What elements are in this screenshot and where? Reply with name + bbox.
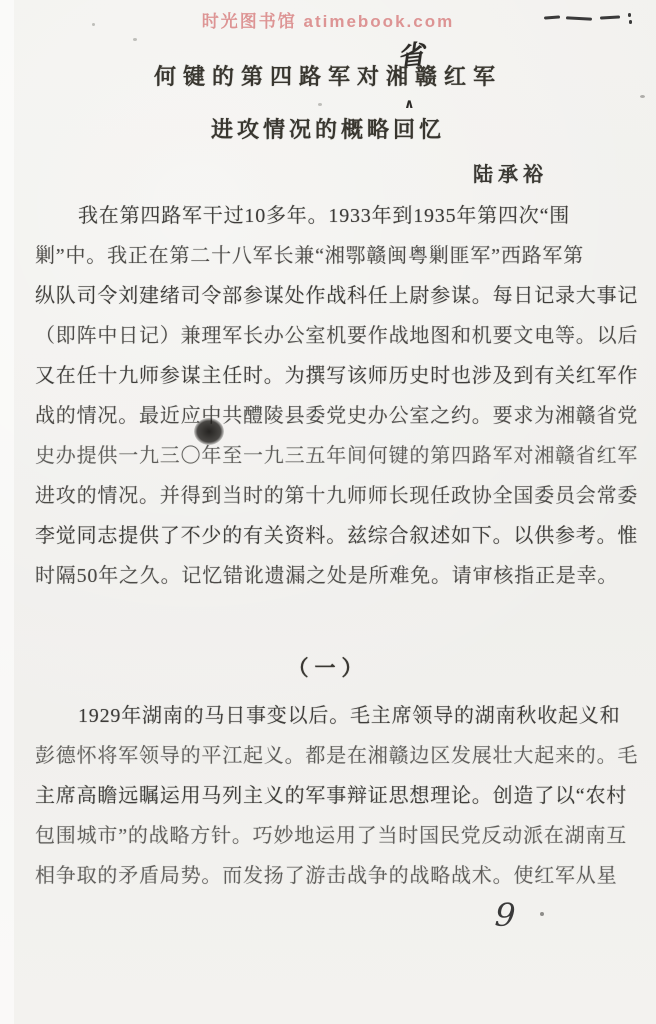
section-header-one: （一） <box>0 652 656 682</box>
scan-speck <box>640 95 645 98</box>
body-line: 又在任十九师参谋主任时。为撰写该师历史时也涉及到有关红军作 <box>35 356 628 396</box>
body-line: 彭德怀将军领导的平江起义。都是在湘赣边区发展壮大起来的。毛 <box>35 736 628 776</box>
body-line: 时隔50年之久。记忆错讹遗漏之处是所难免。请审核指正是幸。 <box>35 556 628 596</box>
body-line: 剿”中。我正在第二十八军长兼“湘鄂赣闽粤剿匪军”西路军第 <box>35 236 628 276</box>
paragraph-2: 1929年湖南的马日事变以后。毛主席领导的湖南秋收起义和 彭德怀将军领导的平江起… <box>35 696 628 896</box>
body-line: 纵队司令刘建绪司令部参谋处作战科任上尉参谋。每日记录大事记 <box>35 276 628 316</box>
body-line: 李觉同志提供了不少的有关资料。兹综合叙述如下。以供参考。惟 <box>35 516 628 556</box>
body-line: 我在第四路军干过10多年。1933年到1935年第四次“围 <box>35 196 628 236</box>
insert-caret-mark: ∧ <box>404 96 415 112</box>
body-line: （即阵中日记）兼理军长办公室机要作战地图和机要文电等。以后 <box>35 316 628 356</box>
scanned-document-page: 时光图书馆 atimebook.com 省 ∧ 何键的第四路军对湘赣红军 进攻情… <box>0 0 656 1024</box>
pen-dash-marks <box>544 12 644 26</box>
body-line: 1929年湖南的马日事变以后。毛主席领导的湖南秋收起义和 <box>35 696 628 736</box>
body-line: 史办提供一九三〇年至一九三五年间何键的第四路军对湘赣省红军 <box>35 436 628 476</box>
ink-blot-mark <box>194 418 224 445</box>
body-line: 相争取的矛盾局势。而发扬了游击战争的战略战术。使红军从星 <box>35 856 628 896</box>
paragraph-1: 我在第四路军干过10多年。1933年到1935年第四次“围 剿”中。我正在第二十… <box>35 196 628 596</box>
document-title-line2: 进攻情况的概略回忆 <box>0 113 656 144</box>
body-line: 包围城市”的战略方针。巧妙地运用了当时国民党反动派在湖南互 <box>35 816 628 856</box>
scan-speck <box>318 103 322 106</box>
scan-speck <box>540 912 544 916</box>
document-title-line1: 何键的第四路军对湘赣红军 <box>0 60 656 91</box>
body-line: 进攻的情况。并得到当时的第十九师师长现任政协全国委员会常委 <box>35 476 628 516</box>
scan-speck <box>92 23 95 26</box>
body-line: 主席高瞻远瞩运用马列主义的军事辩证思想理论。创造了以“农村 <box>35 776 628 816</box>
author-name: 陆承裕 <box>473 158 548 187</box>
body-line: 战的情况。最近应中共醴陵县委党史办公室之约。要求为湘赣省党 <box>35 396 628 436</box>
scan-speck <box>133 38 137 41</box>
handwritten-page-number: 9 <box>494 895 517 934</box>
